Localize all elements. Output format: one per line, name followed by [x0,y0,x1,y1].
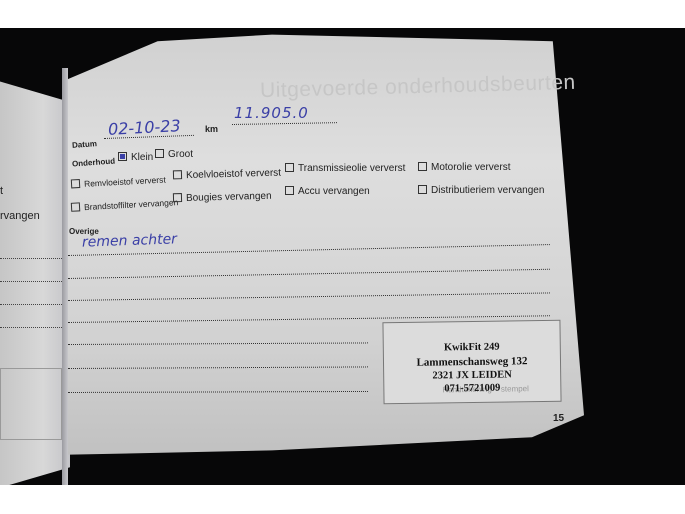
checkbox-distributieriem[interactable]: Distributieriem vervangen [418,185,544,196]
checkbox-icon[interactable] [173,170,182,179]
stamp-line-street: Lammenschansweg 132 [384,355,560,369]
checkbox-icon[interactable] [71,202,80,211]
page-number: 15 [553,413,564,424]
photo: t rvangen Uitgevoerde onderhoudsbeurten … [0,28,685,485]
km-value[interactable]: 11.905.0 [234,104,309,122]
km-label: km [205,124,218,134]
checkbox-transmissieolie[interactable]: Transmissieolie ververst [285,163,405,174]
checkbox-klein[interactable]: Klein [118,152,153,163]
stamp-line-phone: 071-5721009 [384,382,560,395]
overige-value[interactable]: remen achter [82,231,177,250]
checkbox-koelvloeistof[interactable]: Koelvloeistof ververst [173,168,281,182]
checkbox-icon[interactable] [285,186,294,195]
datum-value[interactable]: 02-10-23 [108,116,182,139]
datum-label: Datum [72,139,97,150]
checkbox-accu[interactable]: Accu vervangen [285,186,370,197]
checkbox-bougies[interactable]: Bougies vervangen [173,191,272,205]
checkbox-icon[interactable] [418,162,427,171]
onderhoud-label: Onderhoud [72,157,116,169]
stamp-line-city: 2321 JX LEIDEN [384,369,560,382]
stamp-line-name: KwikFit 249 [384,341,560,354]
checkbox-brandstoffilter[interactable]: Brandstoffilter vervangen [71,197,179,213]
overige-line [68,366,368,369]
checkbox-icon[interactable] [118,152,127,161]
checkbox-icon[interactable] [71,179,80,188]
overige-line [68,269,550,279]
checkbox-remvloeistof[interactable]: Remvloeistof ververst [71,175,166,190]
checkbox-icon[interactable] [285,163,294,172]
checkbox-icon[interactable] [418,185,427,194]
checkbox-icon[interactable] [173,193,182,202]
form: Uitgevoerde onderhoudsbeurten Datum 02-1… [0,28,685,485]
checkbox-icon[interactable] [155,149,164,158]
checkbox-groot[interactable]: Groot [155,149,193,160]
stamp-box: Handtekening + stempel KwikFit 249 Lamme… [382,320,561,404]
checkbox-motorolie[interactable]: Motorolie ververst [418,162,510,173]
ghost-heading: Uitgevoerde onderhoudsbeurten [260,71,576,103]
overige-line [68,342,368,345]
overige-line [68,292,550,301]
km-line [232,122,337,125]
overige-line [68,391,368,393]
